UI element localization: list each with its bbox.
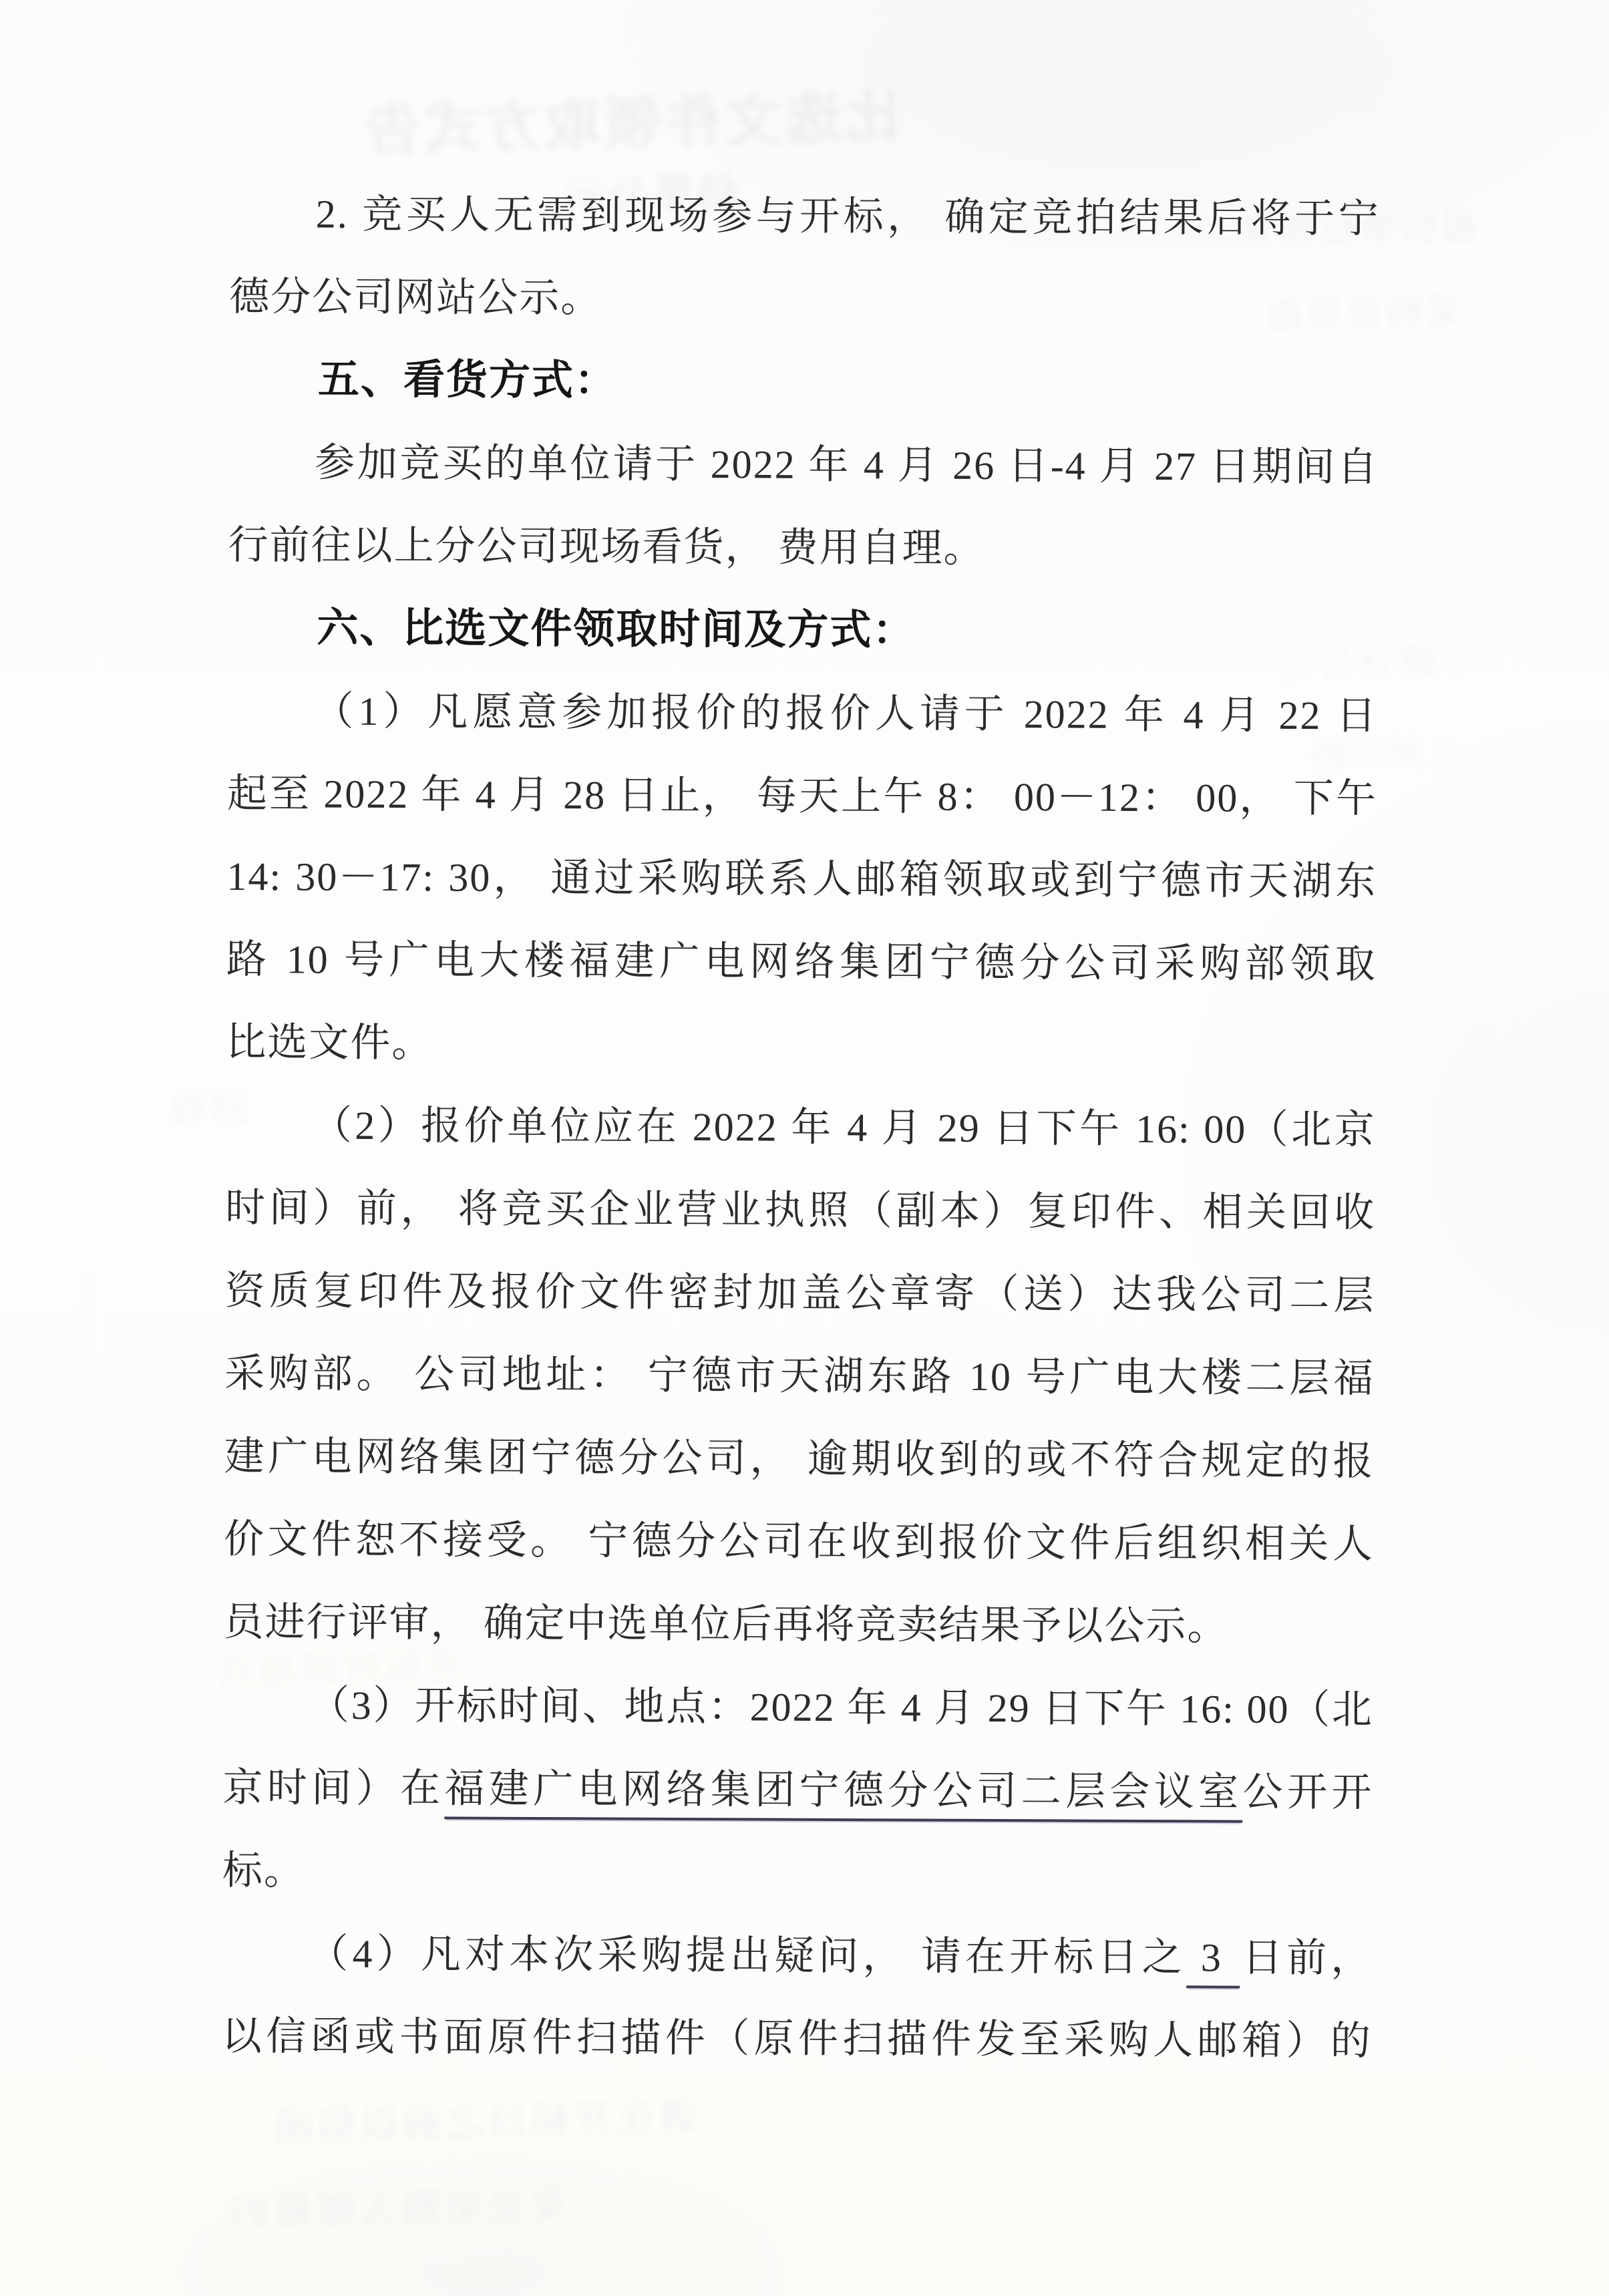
text-segment: 2. 竞买人无需到现场参与开标， 确定竞拍结果后将于宁: [316, 192, 1380, 241]
text-segment: 比选文件。: [226, 1020, 433, 1065]
text-segment: 公开开: [1242, 1770, 1373, 1815]
underlined-text: 福建广电网络集团宁德分公司二层会议室: [444, 1766, 1243, 1822]
text-segment: 标。: [222, 1848, 305, 1893]
text-line: 员进行评审， 确定中选单位后再将竞卖结果予以公示。: [223, 1581, 1374, 1669]
text-line: （2）报价单位应在 2022 年 4 月 29 日下午 16: 00（北京: [226, 1084, 1377, 1172]
text-line: 时间）前， 将竞买企业营业执照（副本）复印件、相关回收: [225, 1166, 1376, 1255]
text-line: 标。: [222, 1829, 1373, 1917]
text-segment: 资质复印件及报价文件密封加盖公章寄（送）达我公司二层: [225, 1269, 1375, 1318]
text-segment: 价文件恕不接受。 宁德分公司在收到报价文件后组织相关人: [224, 1517, 1374, 1567]
text-line: 比选文件。: [226, 1001, 1377, 1089]
text-segment: 起至 2022 年 4 月 28 日止， 每天上午 8： 00－12： 00， …: [227, 772, 1377, 821]
text-segment: 行前往以上分公司现场看货， 费用自理。: [228, 523, 985, 570]
text-line: 14: 30－17: 30， 通过采购联系人邮箱领取或到宁德市天湖东: [226, 835, 1377, 923]
text-line: （3）开标时间、地点：2022 年 4 月 29 日下午 16: 00（北: [223, 1663, 1374, 1752]
text-segment: 日前，: [1240, 1936, 1373, 1981]
text-segment: （2）报价单位应在 2022 年 4 月 29 日下午 16: 00（北京: [312, 1104, 1376, 1152]
text-line: 德分公司网站公示。: [229, 255, 1380, 343]
text-segment: 京时间）在: [222, 1766, 444, 1810]
text-segment: 时间）前， 将竞买企业营业执照（副本）复印件、相关回收: [225, 1186, 1375, 1235]
text-segment: 员进行评审， 确定中选单位后再将竞卖结果予以公示。: [223, 1600, 1228, 1649]
text-line: （1）凡愿意参加报价的报价人请于 2022 年 4 月 22 日: [227, 669, 1378, 758]
text-segment: 建广电网络集团宁德分公司， 逾期收到的或不符合规定的报: [224, 1434, 1374, 1484]
text-segment: 五、看货方式：: [318, 357, 617, 404]
text-segment: 以信函或书面原件扫描件（原件扫描件发至采购人邮箱）的: [222, 2014, 1372, 2064]
text-segment: （4）凡对本次采购提出疑问， 请在开标日之: [308, 1932, 1186, 1980]
underlined-text: 3: [1186, 1935, 1240, 1988]
text-line: 2. 竞买人无需到现场参与开标， 确定竞拍结果后将于宁: [229, 172, 1380, 261]
text-line: 价文件恕不接受。 宁德分公司在收到报价文件后组织相关人: [224, 1498, 1375, 1586]
page: 比选文件领取方式告结果公示报价单位营业采购部领取宁德分公司天湖东路回收开标时间地…: [0, 0, 1609, 2296]
text-segment: （3）开标时间、地点：2022 年 4 月 29 日下午 16: 00（北: [309, 1683, 1373, 1732]
text-segment: 德分公司网站公示。: [229, 275, 602, 320]
text-segment: 14: 30－17: 30， 通过采购联系人邮箱领取或到宁德市天湖东: [226, 854, 1377, 904]
section-heading-line: 五、看货方式：: [228, 338, 1379, 426]
text-line: 采购部。 公司地址： 宁德市天湖东路 10 号广电大楼二层福: [224, 1332, 1375, 1420]
text-segment: （1）凡愿意参加报价的报价人请于 2022 年 4 月 22 日: [313, 689, 1377, 738]
text-line: 资质复印件及报价文件密封加盖公章寄（送）达我公司二层: [224, 1249, 1375, 1337]
bleed-through-artifact: 发至采购人邮箱的: [226, 2172, 570, 2237]
text-line: 以信函或书面原件扫描件（原件扫描件发至采购人邮箱）的: [222, 1995, 1373, 2083]
text-segment: 路 10 号广电大楼福建广电网络集团宁德分公司采购部领取: [226, 937, 1377, 987]
text-segment: 参加竞买的单位请于 2022 年 4 月 26 日-4 月 27 日期间自: [315, 441, 1379, 490]
document-text: 2. 竞买人无需到现场参与开标， 确定竞拍结果后将于宁德分公司网站公示。五、看货…: [222, 172, 1380, 2082]
text-line: 起至 2022 年 4 月 28 日止， 每天上午 8： 00－12： 00， …: [227, 752, 1378, 840]
text-line: 京时间）在福建广电网络集团宁德分公司二层会议室公开开: [222, 1746, 1373, 1834]
text-segment: 六、比选文件领取时间及方式：: [317, 605, 915, 654]
text-line: （4）凡对本次采购提出疑问， 请在开标日之3日前，: [222, 1912, 1373, 2000]
text-line: 参加竞买的单位请于 2022 年 4 月 26 日-4 月 27 日期间自: [228, 421, 1379, 509]
bleed-through-artifact: 比选文件领取方式告: [360, 71, 903, 166]
text-line: 建广电网络集团宁德分公司， 逾期收到的或不符合规定的报: [224, 1415, 1375, 1503]
scanned-document-page: { "page": { "background": "#fcfcf9", "te…: [0, 0, 1609, 2296]
text-line: 行前往以上分公司现场看货， 费用自理。: [228, 504, 1379, 592]
text-segment: 采购部。 公司地址： 宁德市天湖东路 10 号广电大楼二层福: [224, 1351, 1375, 1401]
text-line: 路 10 号广电大楼福建广电网络集团宁德分公司采购部领取: [226, 918, 1377, 1006]
section-heading-line: 六、比选文件领取时间及方式：: [228, 587, 1379, 675]
bleed-through-artifact: 请在开标日之前以信函: [270, 2084, 699, 2152]
